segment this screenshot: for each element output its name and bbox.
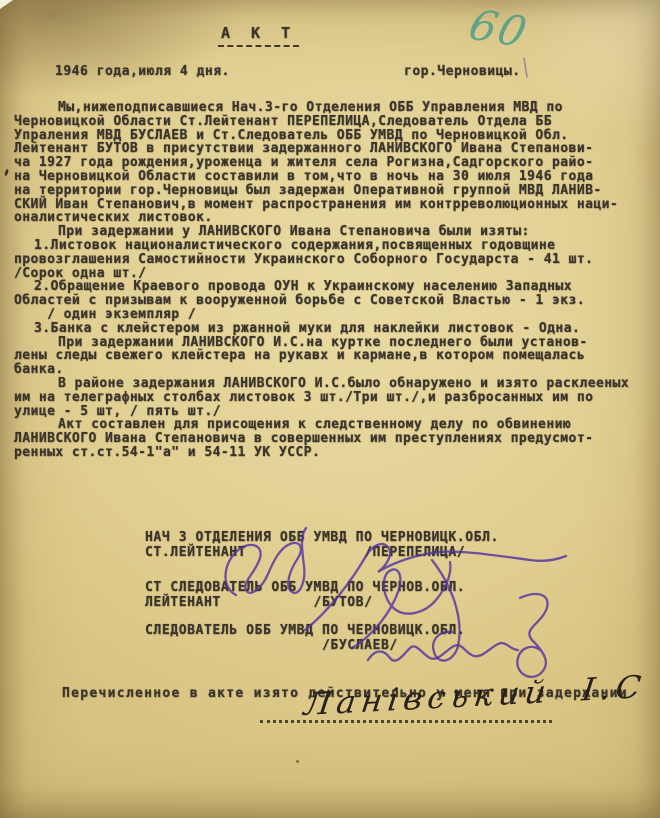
text-line: лены следы свежего клейстера на рукавх и…	[14, 349, 646, 363]
text-line: ча 1927 года рождения,уроженца и жителя …	[14, 156, 646, 170]
text-line: 1.Листовок националистического содержани…	[14, 239, 646, 253]
signature-block-buslaev: СЛЕДОВАТЕЛЬ ОББ УМВД ПО ЧЕРНОВИЦК.ОБЛ. /…	[145, 624, 465, 653]
text-line: им на телеграфных столбах листовок 3 шт.…	[14, 391, 646, 405]
date-line: 1946 года,июля 4 дня.	[55, 64, 230, 79]
text-line: провозглашения Самостийности Украинского…	[14, 253, 646, 267]
text-line: Мы,нижеподписавшиеся Нач.3-го Отделения …	[14, 101, 646, 115]
document-body: Мы,нижеподписавшиеся Нач.3-го Отделения …	[14, 101, 646, 460]
paragraph-final-statement: Акт составлен для присощения к следствен…	[14, 418, 646, 459]
paragraph-preamble: Мы,нижеподписавшиеся Нач.3-го Отделения …	[14, 101, 646, 225]
text-line: СЛЕДОВАТЕЛЬ ОББ УМВД ПО ЧЕРНОВИЦК.ОБЛ.	[145, 624, 465, 639]
text-line: ренных ст.ст.54-1"а" и 54-11 УК УССР.	[14, 446, 646, 460]
place-line: гор.Черновицы.	[404, 64, 521, 79]
text-line: СКИЙ Иван Степанович,в момент распростра…	[14, 198, 646, 212]
text-line: / один экземпляр /	[14, 308, 646, 322]
paragraph-seized-intro: При задержании у ЛАНИВСКОГО Ивана Степан…	[14, 225, 646, 239]
seized-item-1: 1.Листовок националистического содержани…	[14, 239, 646, 280]
paragraph-area-evidence: В районе задержания ЛАНИВСКОГО И.С.было …	[14, 377, 646, 418]
seized-item-2: 2.Обращение Краевого провода ОУН к Украи…	[14, 280, 646, 321]
text-line: ЛАНИВСКОГО Ивана Степановича в совершенн…	[14, 432, 646, 446]
text-line: Акт составлен для присощения к следствен…	[14, 418, 646, 432]
ink-speck	[4, 169, 9, 177]
text-line: /БУСЛАЕВ/	[145, 639, 465, 654]
text-line: Черновицкой Области Ст.Лейтенант ПЕРЕПЕЛ…	[14, 115, 646, 129]
text-line: В районе задержания ЛАНИВСКОГО И.С.было …	[14, 377, 646, 391]
text-line: СТ.ЛЕЙТЕНАНТ /ПЕРЕПЕЛИЦА/	[145, 546, 499, 561]
text-line: При задержании у ЛАНИВСКОГО Ивана Степан…	[14, 225, 646, 239]
text-line: СТ СЛЕДОВАТЕЛЬ ОББ УМВД ПО ЧЕРНОВ.ОБЛ.	[145, 581, 465, 596]
text-line: 3.Банка с клейстером из ржанной муки для…	[14, 322, 646, 336]
signature-block-perepelitsa: НАЧ 3 ОТДЕЛЕНИЯ ОББ УМВД ПО ЧЕРНОВИЦК.ОБ…	[145, 531, 499, 560]
ink-stray-mark	[524, 58, 527, 77]
text-line: на Черновицкой Области составили в том,ч…	[14, 170, 646, 184]
handwritten-page-number: 60	[464, 0, 533, 57]
text-line: Областей с призывам к вооруженной борьбе…	[14, 294, 646, 308]
text-line: ЛЕЙТЕНАНТ /БУТОВ/	[145, 596, 465, 611]
text-line: на территории гор.Черновицы был задержан…	[14, 184, 646, 198]
text-line: НАЧ 3 ОТДЕЛЕНИЯ ОББ УМВД ПО ЧЕРНОВИЦК.ОБ…	[145, 531, 499, 546]
pen-signature-buslaev-tail	[517, 594, 547, 677]
paragraph-jacket-evidence: При задержании ЛАНИВСКОГО И.С.на куртке …	[14, 336, 646, 377]
document-title: А К Т	[218, 24, 299, 47]
text-line: банка.	[14, 363, 646, 377]
seized-item-3: 3.Банка с клейстером из ржанной муки для…	[14, 322, 646, 336]
ink-speck	[296, 760, 299, 763]
signature-block-butov: СТ СЛЕДОВАТЕЛЬ ОББ УМВД ПО ЧЕРНОВ.ОБЛ.ЛЕ…	[145, 581, 465, 610]
scanned-document-page: 60 А К Т 1946 года,июля 4 дня. гор.Черно…	[0, 0, 660, 818]
